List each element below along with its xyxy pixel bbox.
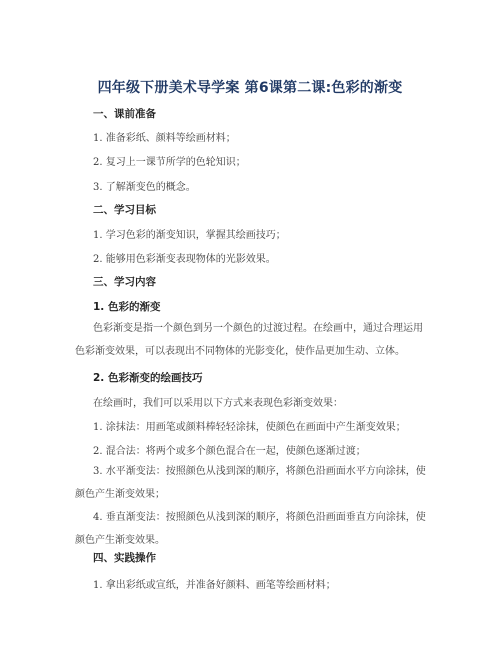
- section-heading-practice: 四、实践操作: [93, 550, 156, 565]
- technique-item-4: 4. 垂直渐变法：按照颜色从浅到深的顺序，将颜色沿画面垂直方向涂抹，使颜色产生渐…: [75, 506, 427, 552]
- prep-item-1: 1. 准备彩纸、颜料等绘画材料；: [93, 129, 236, 144]
- section-heading-prep: 一、课前准备: [93, 106, 156, 121]
- technique-item-3: 3. 水平渐变法：按照颜色从浅到深的顺序，将颜色沿画面水平方向涂抹，使颜色产生渐…: [75, 460, 427, 506]
- technique-item-2: 2. 混合法：将两个或多个颜色混合在一起，使颜色逐渐过渡；: [93, 442, 366, 457]
- subsection-heading-techniques: 2. 色彩渐变的绘画技巧: [93, 370, 202, 385]
- practice-item-1: 1. 拿出彩纸或宣纸，并准备好颜料、画笔等绘画材料；: [93, 576, 336, 591]
- goal-item-2: 2. 能够用色彩渐变表现物体的光影效果。: [93, 250, 276, 265]
- prep-item-3: 3. 了解渐变色的概念。: [93, 178, 196, 193]
- section-heading-goals: 二、学习目标: [93, 202, 156, 217]
- technique-item-1: 1. 涂抹法：用画笔或颜料棒轻轻涂抹，使颜色在画面中产生渐变效果；: [93, 418, 406, 433]
- techniques-intro: 在绘画时，我们可以采用以下方式来表现色彩渐变效果：: [93, 394, 343, 409]
- goal-item-1: 1. 学习色彩的渐变知识，掌握其绘画技巧；: [93, 226, 286, 241]
- subsection-heading-gradient: 1. 色彩的渐变: [93, 299, 160, 314]
- prep-item-2: 2. 复习上一课节所学的色轮知识；: [93, 153, 246, 168]
- section-heading-content: 三、学习内容: [93, 274, 156, 289]
- gradient-paragraph: 色彩渐变是指一个颜色到另一个颜色的过渡过程。在绘画中，通过合理运用色彩渐变效果，…: [75, 317, 427, 363]
- document-title: 四年级下册美术导学案 第6课第二课:色彩的渐变: [0, 77, 500, 97]
- document-page: 四年级下册美术导学案 第6课第二课:色彩的渐变 一、课前准备 1. 准备彩纸、颜…: [0, 0, 500, 647]
